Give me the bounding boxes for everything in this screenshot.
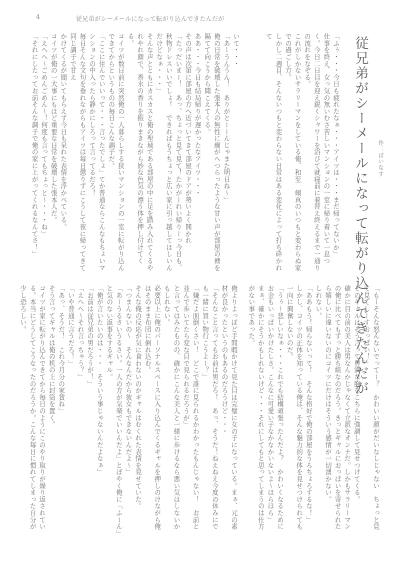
paragraph: コイツが家に転がり込んできてから毎日のようにこのやり取りが繰り返されている。本当… [17, 285, 46, 535]
author-credit: 作：ばいなす [376, 140, 384, 177]
paragraph: 「えへへ～ごめんごめん～！何度も言ってもちょっと～・・・ね」 [39, 33, 49, 271]
paragraph: 「つまんないの～ そんなんだから彼女もできないんだよ～」 [123, 285, 133, 535]
paragraph: 「それにしたってお前そんな調子で俺の家に上がってくれるなんてさ！」 [29, 33, 39, 271]
paragraph: 「もーそんな怒んないでってー？ かわいい顔がだいなしじゃない ちょっと見て見てし… [361, 285, 380, 535]
paragraph: 仕事を終え、女っ気の無いむさ苦しいマンションの一室に帰り着いて一息つく。今日二日… [302, 33, 331, 271]
paragraph: 「俺が言いたいのは・・・ そういう事じゃないんだよなぁ」 [94, 285, 104, 535]
paragraph: そのギャルはそう言って豊満な胸をこちらに強調して見せつけてくる。 [351, 285, 361, 535]
page-number: 4 [36, 14, 40, 21]
paragraph: 必要以上に俺のパーソナルスペースに入り込んでくるギャルを押しのけながら俺はそのま… [142, 285, 161, 535]
paragraph: 「いや普通に言うだろ！」 [65, 285, 75, 535]
paragraph: その声は次第に部屋の方へ近づいてきて部屋のドアが勢いよく開かれ [182, 33, 192, 271]
paragraph: 俺よりよっぽど手間暇かけて見た目は完璧に女の子になっている。まぁ、元の素材が良か… [219, 285, 238, 535]
paragraph: 「あっ、そうだ！ これ今月分の家賃ね」 [56, 285, 66, 535]
paragraph: いて・・・ [230, 33, 240, 271]
paragraph: 「えへへ～それ言っちゃう？」 [75, 285, 85, 535]
paragraph: 「たっだいまー！ あっ、ちょっと見て見て！たかがーれい帰りーっ今日も、秋物ドレス… [154, 33, 183, 271]
paragraph: しれない。 [313, 285, 323, 535]
paragraph: 「嫌だよ面倒くさい！ どこで誰に見られるかわかったもんじゃない！ お前と並んで歩… [180, 285, 199, 535]
text-block-lower-left: 俺よりよっぽど手間暇かけて見た目は完璧に女の子になっている。まぁ、元の素材が良か… [28, 285, 238, 535]
paragraph: 「お前は従兄弟の男だろうが！」 [85, 285, 95, 535]
text-block-upper-right: 「ふぅ・・・今日も疲れたなぁ・・・アイツは・・・まだ帰ってないか」 仕事を終え、… [250, 33, 340, 271]
paragraph: コイツが俺の一大事にもほど重要な日常を破壊した張本人だ。 [48, 33, 58, 271]
text-block-upper-left: いて・・・ 「あーうんうん！ ありがとーーんじゃまた明日ね～」 俺の日常を破壊し… [30, 33, 240, 271]
paragraph: そんな声とともにカスカスと俺の聖域である部屋の中に足を踏み入れてくるやれやれ顔で… [125, 33, 154, 271]
paragraph: ああ・・・今日も結局帰りが遅かったなアイツ・・・ [192, 33, 202, 271]
paragraph: 俺の日常を破壊した張本人の無性に癇がへつらったような甘い声が部屋の襖を隔てて向こ… [202, 33, 221, 271]
paragraph: しかし、コイツの正体を知っている俺は、そんな魅力的な体を見せつけられても一向に興… [284, 285, 303, 535]
paragraph: そんな俺の反応が気に食わないのかギャルはむくれた表情を見せていた。 [132, 285, 142, 535]
paragraph: まぁ、確かにそうかもしれないけど・・・それにしてもと思ってしまうのは仕方がない事… [246, 285, 265, 535]
paragraph: 「ああもう！帰らないって！ そんな格好で俺の部屋をうろちょろするな！」 [303, 285, 313, 535]
paragraph: 「あーうるさいうるさい。一人の方が気楽でいいんだよ」とぼやく俺に「ふーん」と気の… [104, 285, 123, 535]
paragraph: そう言ってギャルは俺の机の上に封筒を置く。 [46, 285, 56, 535]
text-block-lower-right: 「もーそんな怒んないでってー？ かわいい顔がだいなしじゃない ちょっと見て見てし… [240, 285, 380, 535]
paragraph: これがしかないサラリーマンをしている俺、和至 傾真のいつもと変わらぬ家での過ごし… [282, 33, 301, 271]
paragraph: コイツが数日前に突然俺の一人暮らしする狭いマンションの一室に転がり込んできてから… [106, 33, 125, 271]
paragraph: 「ふぅ・・・今日も疲れたなぁ・・・アイツは・・・まだ帰ってないか」 [330, 33, 340, 271]
paragraph: 確かに目の前の美人は男なんかじゃなくて立派なオンナだ。しかもサラリーマンの俺に比… [322, 285, 351, 535]
paragraph: かけてくるが聞いてもらえず今日も呆れた表情を浮かべている。 [58, 33, 68, 271]
paragraph: 「うぅ～悲しいなぁ・・・これでも結構頑張ったんだよ？ かわいくなるためにお金もい… [265, 285, 284, 535]
paragraph: 毎日そんな文句を垂れながらもアイツは毎日懲りずにこうして夜に帰ってきて同じ調子で… [67, 33, 86, 271]
paragraph: 「ここに住んでいいって・・・言ったでしょ」てか普通ならこんなもちょいマンションの… [87, 33, 106, 271]
running-title: 従兄弟がシーメールになって転がり込んできたんだが [76, 14, 224, 23]
paragraph: しかし二週目、そんないつもと変わらない日常はある変化によって打ち砕かれて [263, 33, 282, 271]
paragraph: 「あーうんうん！ ありがとーーんじゃまた明日ね～」 [221, 33, 231, 271]
paragraph: 「そんなこと言ってもお前は男だろ！ あっ、そうだ！ねえねえ今度の休みにでも一緒に… [200, 285, 219, 535]
paragraph: と言ってはみたものの、確かにこんな美人と一緒に歩けるなら悪い気はしないかもしれな… [161, 285, 180, 535]
